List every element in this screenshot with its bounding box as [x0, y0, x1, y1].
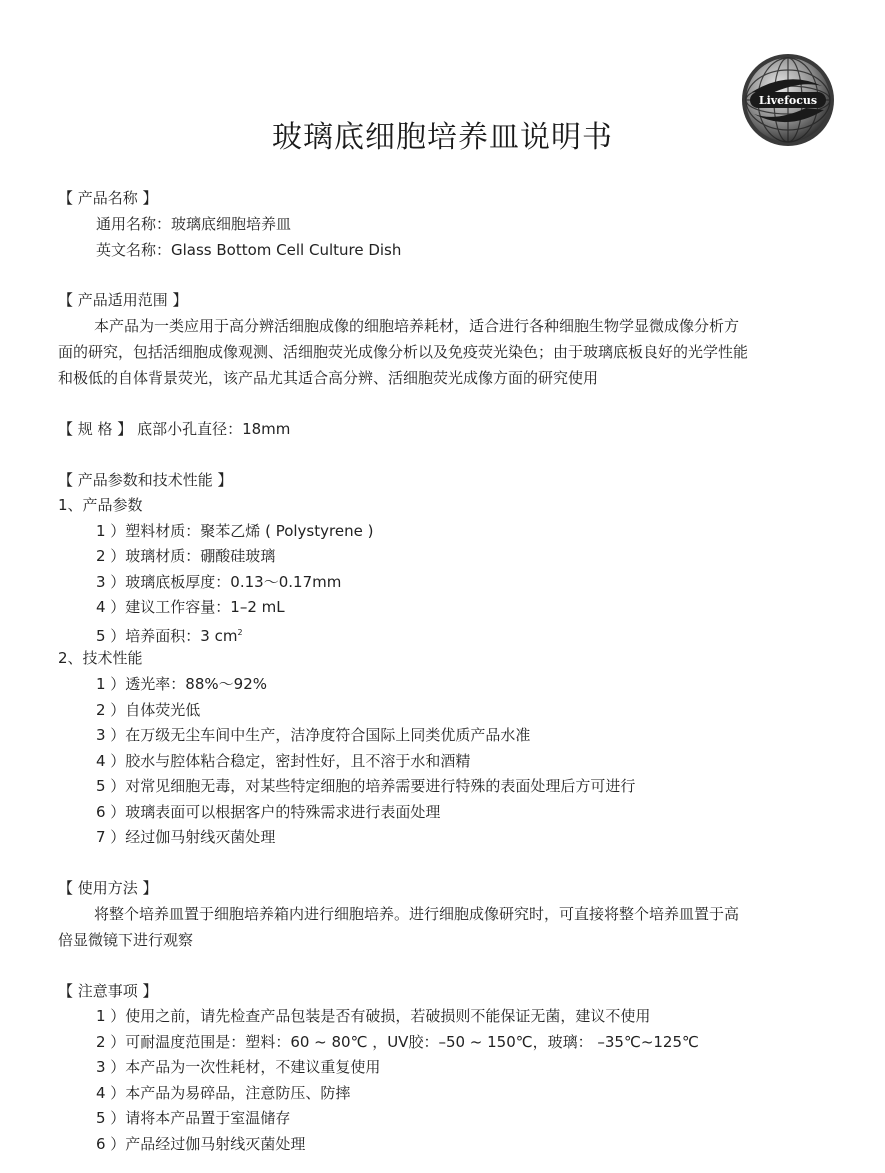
section-header-usage: 【 使用方法 】 — [58, 878, 158, 898]
note-item: 1 ）使用之前，请先检查产品包装是否有破损，若破损则不能保证无菌，建议不使用 — [96, 1006, 650, 1026]
note-item: 2 ）可耐温度范围是：塑料：60 ~ 80℃ ，UV胶：–50 ~ 150℃，玻… — [96, 1032, 699, 1052]
performance-item: 1 ）透光率：88%～92% — [96, 674, 267, 694]
performance-item: 7 ）经过伽马射线灭菌处理 — [96, 827, 275, 847]
note-item: 6 ）产品经过伽马射线灭菌处理 — [96, 1134, 305, 1154]
performance-item: 3 ）在万级无尘车间中生产，洁净度符合国际上同类优质产品水准 — [96, 725, 530, 745]
generic-name: 通用名称：玻璃底细胞培养皿 — [96, 214, 291, 234]
params-group-title: 1、产品参数 — [58, 495, 143, 515]
note-item: 3 ）本产品为一次性耗材，不建议重复使用 — [96, 1057, 380, 1077]
section-header-notes: 【 注意事项 】 — [58, 981, 158, 1001]
param-item-text: 5 ）培养面积：3 cm — [96, 627, 237, 645]
param-item-area: 5 ）培养面积：3 cm2 — [96, 623, 243, 646]
param-item: 4 ）建议工作容量：1–2 mL — [96, 597, 285, 617]
performance-group-title: 2、技术性能 — [58, 648, 143, 668]
section-header-scope: 【 产品适用范围 】 — [58, 290, 188, 310]
usage-line-1: 将整个培养皿置于细胞培养箱内进行细胞培养。进行细胞成像研究时，可直接将整个培养皿… — [58, 904, 739, 924]
superscript: 2 — [237, 628, 242, 637]
scope-line-3: 和极低的自体背景荧光，该产品尤其适合高分辨、活细胞荧光成像方面的研究使用 — [58, 368, 598, 388]
performance-item: 5 ）对常见细胞无毒，对某些特定细胞的培养需要进行特殊的表面处理后方可进行 — [96, 776, 635, 796]
param-item: 1 ）塑料材质：聚苯乙烯 ( Polystyrene ) — [96, 521, 373, 541]
note-item: 4 ）本产品为易碎品，注意防压、防摔 — [96, 1083, 350, 1103]
param-item: 3 ）玻璃底板厚度：0.13～0.17mm — [96, 572, 341, 592]
page-title: 玻璃底细胞培养皿说明书 — [0, 112, 885, 156]
section-header-params: 【 产品参数和技术性能 】 — [58, 470, 233, 490]
usage-line-2: 倍显微镜下进行观察 — [58, 930, 193, 950]
param-item: 2 ）玻璃材质：硼酸硅玻璃 — [96, 546, 275, 566]
english-name: 英文名称：Glass Bottom Cell Culture Dish — [96, 240, 401, 260]
svg-text:Livefocus: Livefocus — [759, 94, 817, 107]
performance-item: 6 ）玻璃表面可以根据客户的特殊需求进行表面处理 — [96, 802, 440, 822]
scope-line-2: 面的研究，包括活细胞成像观测、活细胞荧光成像分析以及免疫荧光染色；由于玻璃底板良… — [58, 342, 748, 362]
performance-item: 4 ）胶水与腔体粘合稳定，密封性好，且不溶于水和酒精 — [96, 751, 470, 771]
performance-item: 2 ）自体荧光低 — [96, 700, 200, 720]
note-item: 5 ）请将本产品置于室温储存 — [96, 1108, 290, 1128]
scope-line-1: 本产品为一类应用于高分辨活细胞成像的细胞培养耗材，适合进行各种细胞生物学显微成像… — [58, 316, 739, 336]
section-header-product-name: 【 产品名称 】 — [58, 188, 158, 208]
spec-line: 【 规 格 】 底部小孔直径：18mm — [58, 419, 290, 439]
